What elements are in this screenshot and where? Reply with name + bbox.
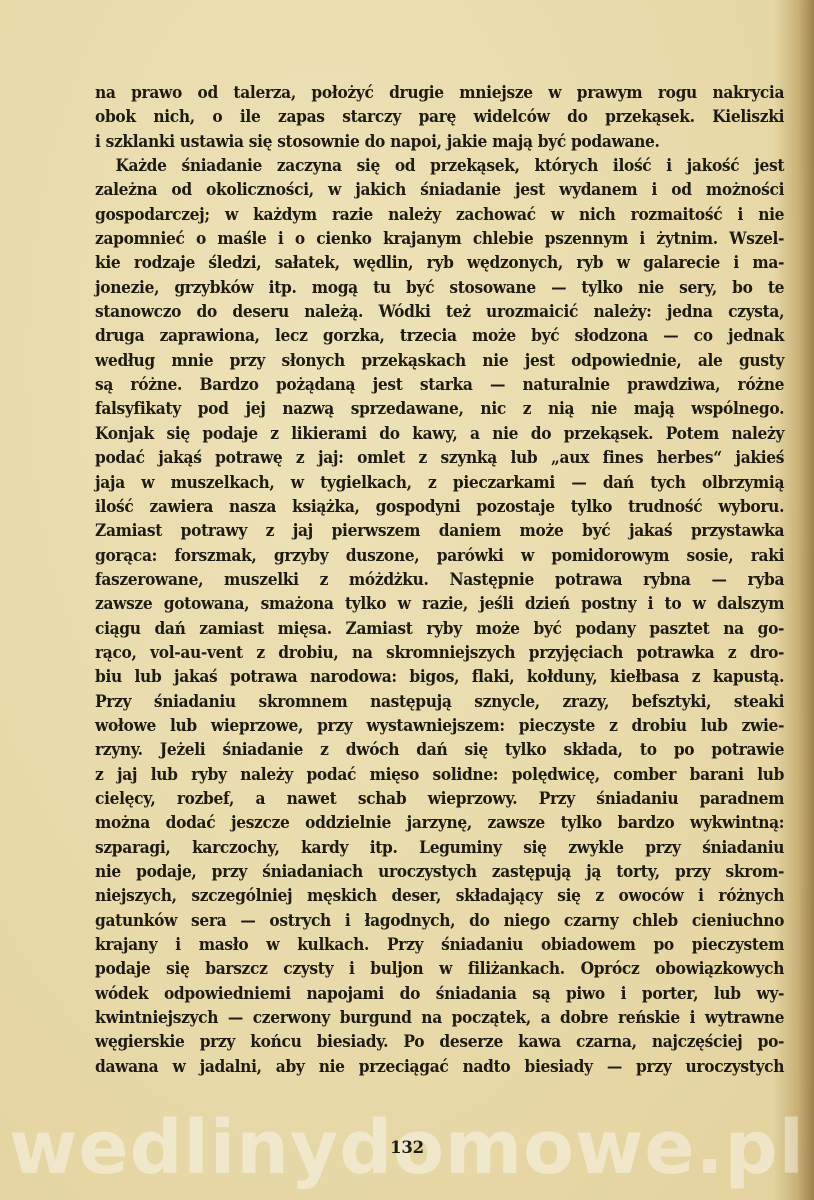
text-line: druga zaprawiona, lecz gorzka, trzecia m…: [95, 323, 784, 347]
text-line: według mnie przy słonych przekąskach nie…: [95, 348, 784, 372]
text-line: gatunków sera — ostrych i łagodnych, do …: [95, 908, 784, 932]
book-page: na prawo od talerza, położyć drugie mnie…: [0, 0, 814, 1200]
text-line: rąco, vol-au-vent z drobiu, na skromniej…: [95, 640, 784, 664]
text-line: z jaj lub ryby należy podać mięso solidn…: [95, 762, 784, 786]
text-line: wódek odpowiedniemi napojami do śniadani…: [95, 981, 784, 1005]
text-line: na prawo od talerza, położyć drugie mnie…: [95, 80, 784, 104]
text-line: nie podaje, przy śniadaniach uroczystych…: [95, 859, 784, 883]
page-number: 132: [0, 1138, 814, 1157]
text-line: zawsze gotowana, smażona tylko w razie, …: [95, 591, 784, 615]
text-line: kwintniejszych — czerwony burgund na poc…: [95, 1005, 784, 1029]
text-line: faszerowane, muszelki z móżdżku. Następn…: [95, 567, 784, 591]
text-line: falsyfikaty pod jej nazwą sprzedawane, n…: [95, 396, 784, 420]
body-text: na prawo od talerza, położyć drugie mnie…: [95, 80, 785, 1078]
text-line: jonezie, grzybków itp. mogą tu być stoso…: [95, 275, 784, 299]
text-line: biu lub jakaś potrawa narodowa: bigos, f…: [95, 664, 784, 688]
text-line: ciągu dań zamiast mięsa. Zamiast ryby mo…: [95, 616, 784, 640]
text-line: Każde śniadanie zaczyna się od przekąsek…: [95, 153, 784, 177]
text-line: gospodarczej; w każdym razie należy zach…: [95, 202, 784, 226]
text-line: cielęcy, rozbef, a nawet schab wieprzowy…: [95, 786, 784, 810]
text-line: węgierskie przy końcu biesiady. Po deser…: [95, 1029, 784, 1053]
text-line: zapomnieć o maśle i o cienko krajanym ch…: [95, 226, 784, 250]
text-line: Zamiast potrawy z jaj pierwszem daniem m…: [95, 518, 784, 542]
text-line: jaja w muszelkach, w tygielkach, z piecz…: [95, 470, 784, 494]
text-line: można dodać jeszcze oddzielnie jarzynę, …: [95, 810, 784, 834]
text-line: szparagi, karczochy, kardy itp. Leguminy…: [95, 835, 784, 859]
text-line: obok nich, o ile zapas starczy parę wide…: [95, 104, 784, 128]
text-line: ilość zawiera nasza książka, gospodyni p…: [95, 494, 784, 518]
text-line: są różne. Bardzo pożądaną jest starka — …: [95, 372, 784, 396]
text-line: Konjak się podaje z likierami do kawy, a…: [95, 421, 784, 445]
text-line: niejszych, szczególniej męskich deser, s…: [95, 883, 784, 907]
text-line: Przy śniadaniu skromnem następują sznycl…: [95, 689, 784, 713]
text-line: wołowe lub wieprzowe, przy wystawniejsze…: [95, 713, 784, 737]
text-line: kie rodzaje śledzi, sałatek, wędlin, ryb…: [95, 250, 784, 274]
text-line: podać jakąś potrawę z jaj: omlet z szynk…: [95, 445, 784, 469]
text-line: dawana w jadalni, aby nie przeciągać nad…: [95, 1054, 784, 1078]
text-line: i szklanki ustawia się stosownie do napo…: [95, 129, 784, 153]
text-line: rzyny. Jeżeli śniadanie z dwóch dań się …: [95, 737, 784, 761]
text-line: zależna od okoliczności, w jakich śniada…: [95, 177, 784, 201]
text-line: krajany i masło w kulkach. Przy śniadani…: [95, 932, 784, 956]
text-line: podaje się barszcz czysty i buljon w fil…: [95, 956, 784, 980]
text-line: stanowczo do deseru należą. Wódki też ur…: [95, 299, 784, 323]
text-line: gorąca: forszmak, grzyby duszone, parówk…: [95, 543, 784, 567]
